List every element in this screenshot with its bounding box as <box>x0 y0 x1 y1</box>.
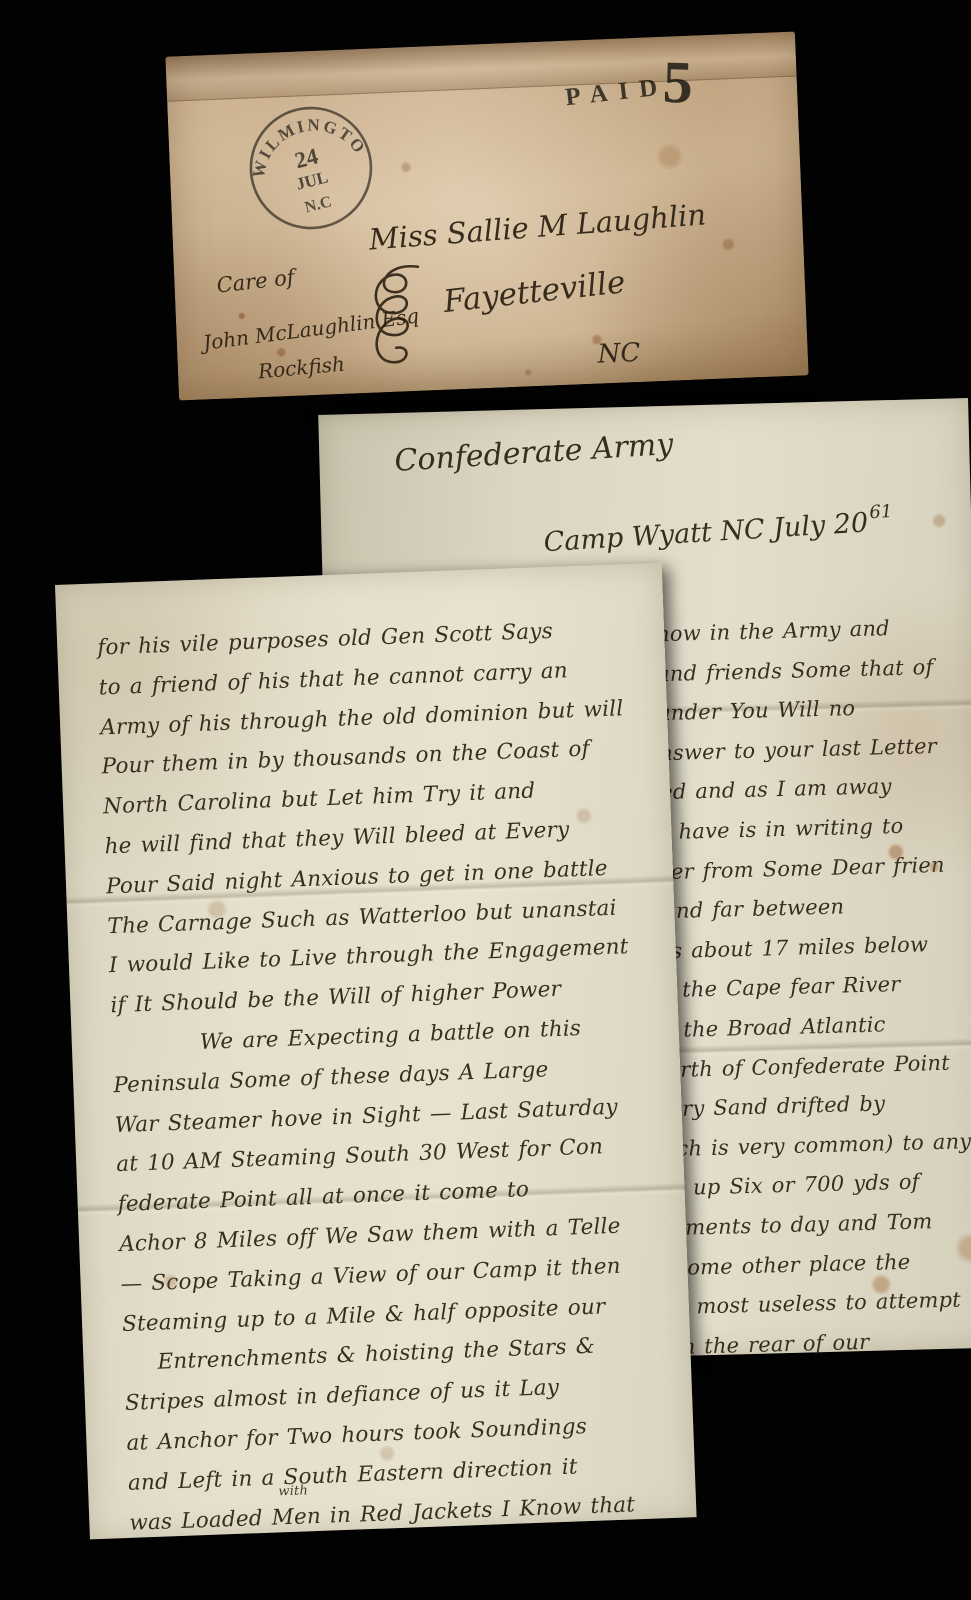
letter-line: nswer to your last Letter <box>659 726 962 773</box>
letter-line: orth of Confederate Point <box>667 1043 970 1090</box>
letter-heading: Confederate Army <box>393 427 674 479</box>
letter-line: hments to day and Tom <box>671 1201 971 1248</box>
letter-page-two: for his vile purposes old Gen Scott Says… <box>55 563 697 1540</box>
addressee-city: Fayetteville <box>442 264 627 320</box>
letter-line: in the rear of our <box>674 1320 971 1367</box>
addressee-name: Miss Sallie M Laughlin <box>368 197 708 256</box>
postmark-state: N.C <box>303 193 333 216</box>
envelope: WILMINGTON 24 JUL N.C PAID 5 Miss Sallie… <box>165 31 808 400</box>
paid-handstamp: PAID <box>564 73 670 112</box>
letter-line: ll most useless to attempt <box>673 1280 971 1327</box>
dateline-year: 61 <box>869 501 893 523</box>
letter-line: ich is very common) to any <box>669 1122 971 1169</box>
rate-5-handstamp: 5 <box>662 48 694 118</box>
dateline-place-date: Camp Wyatt NC July 20 <box>543 507 869 558</box>
page-two-text: for his vile purposes old Gen Scott Says… <box>97 609 654 1543</box>
letter-line: is about 17 miles below <box>664 924 967 971</box>
svg-text:WILMINGTON: WILMINGTON <box>220 77 372 190</box>
photo-background: Confederate Army Camp Wyatt NC July 2061… <box>0 0 971 1600</box>
page-one-visible-text: now in the Army and and friends Some tha… <box>656 607 971 1367</box>
pen-flourish-icon <box>364 262 431 389</box>
addressee-state: NC <box>597 338 641 370</box>
letter-line: and friends Some that of <box>657 647 960 694</box>
postmark-town: WILMINGTON <box>220 77 372 190</box>
letter-line: ter from Some Dear frien <box>662 845 965 892</box>
care-of-place: Rockfish <box>257 352 346 384</box>
letter-dateline: Camp Wyatt NC July 2061 <box>543 506 892 558</box>
caret-insertion-word: with <box>278 1483 308 1499</box>
care-of-line: Care of <box>215 265 295 297</box>
